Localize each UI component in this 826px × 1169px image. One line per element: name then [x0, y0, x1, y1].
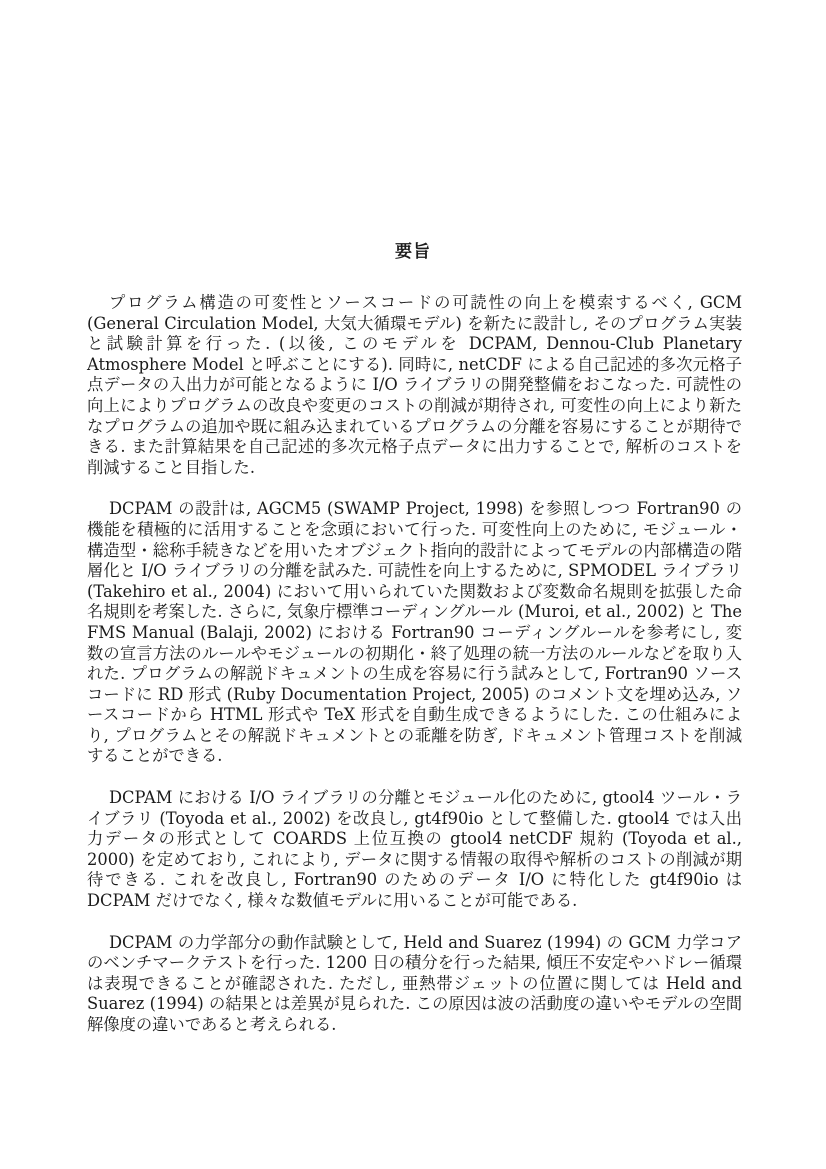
abstract-paragraph-2: DCPAM の設計は, AGCM5 (SWAMP Project, 1998) … [87, 499, 742, 767]
abstract-page: 要旨 プログラム構造の可変性とソースコードの可読性の向上を模索するべく, GCM… [0, 0, 826, 1169]
abstract-title: 要旨 [0, 237, 826, 262]
abstract-paragraph-1: プログラム構造の可変性とソースコードの可読性の向上を模索するべく, GCM (G… [87, 293, 742, 478]
abstract-paragraph-4: DCPAM の力学部分の動作試験として, Held and Suarez (19… [87, 933, 742, 1036]
abstract-paragraph-3: DCPAM における I/O ライブラリの分離とモジュール化のために, gtoo… [87, 788, 742, 912]
abstract-body: プログラム構造の可変性とソースコードの可読性の向上を模索するべく, GCM (G… [87, 293, 742, 1036]
